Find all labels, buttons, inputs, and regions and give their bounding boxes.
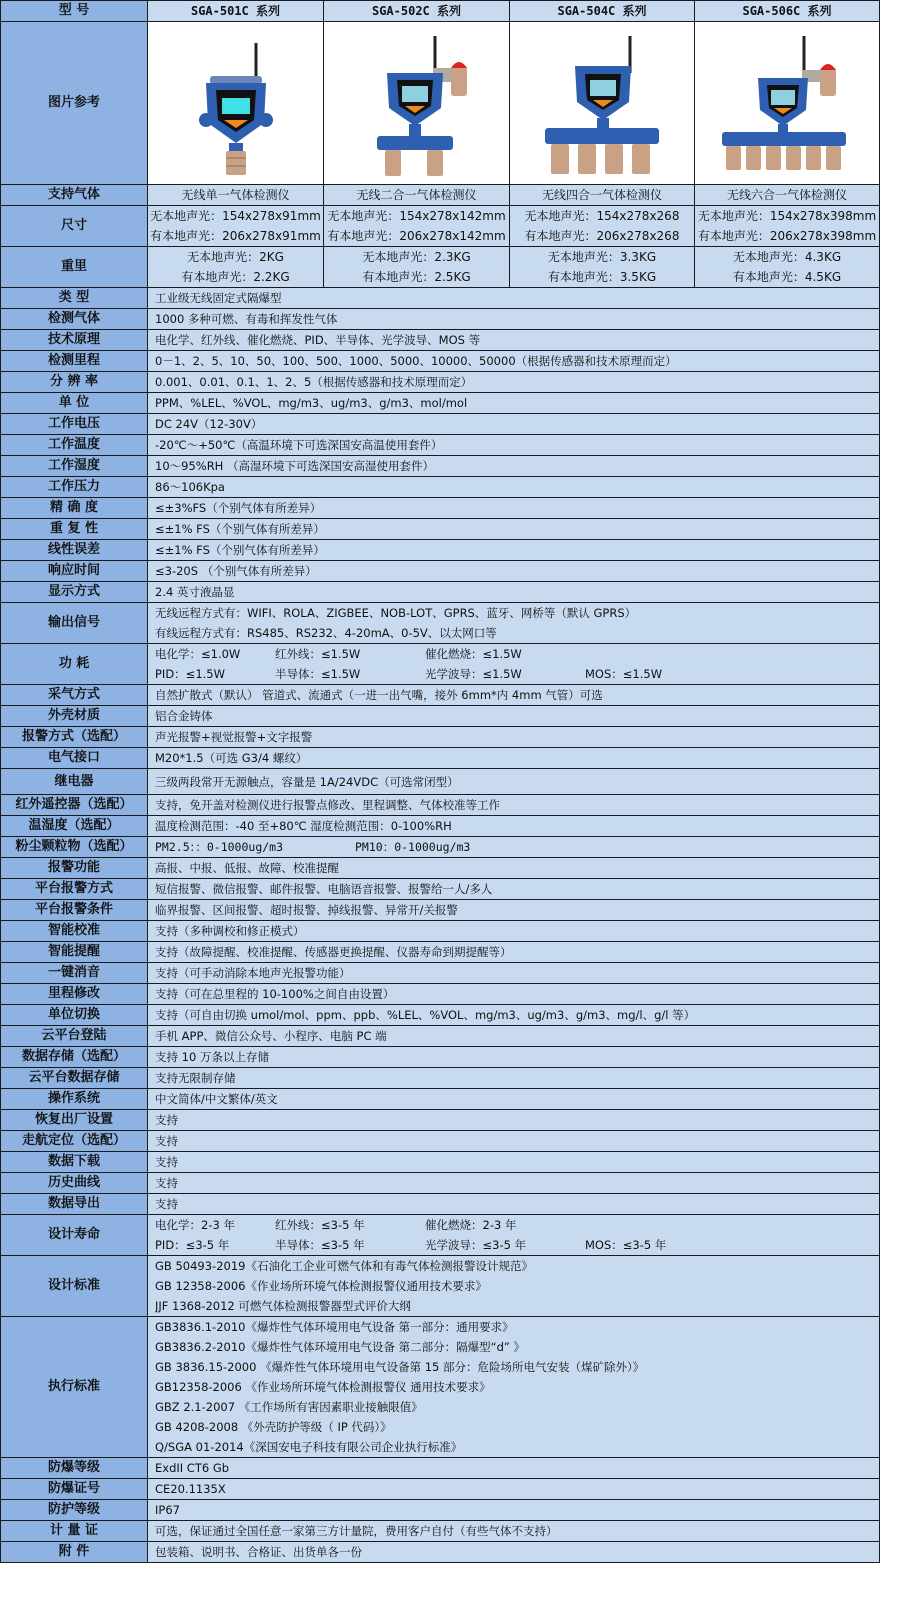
- spec-value: 手机 APP、微信公众号、小程序、电脑 PC 端: [148, 1026, 880, 1047]
- spec-label: 重 复 性: [1, 519, 148, 540]
- size-label: 尺寸: [1, 206, 148, 247]
- spec-table: 型 号 SGA-501C 系列 SGA-502C 系列 SGA-504C 系列 …: [0, 0, 880, 1563]
- spec-value: 三级两段常开无源触点，容量是 1A/24VDC（可选常闭型）: [148, 769, 880, 795]
- spec-row: 响应时间≤3-20S （个别气体有所差异）: [1, 561, 880, 582]
- model-502c: SGA-502C 系列: [324, 1, 510, 22]
- spec-label: 技术原理: [1, 330, 148, 351]
- dust-value: PM2.5：：0-1000ug/m3PM10：0-1000ug/m3: [148, 837, 880, 858]
- spec-label: 分 辨 率: [1, 372, 148, 393]
- spec-label: 单 位: [1, 393, 148, 414]
- spec-label: 电气接口: [1, 748, 148, 769]
- spec-row: 防爆等级ExdII CT6 Gb: [1, 1458, 880, 1479]
- spec-label: 采气方式: [1, 685, 148, 706]
- spec-value: 声光报警+视觉报警+文字报警: [148, 727, 880, 748]
- spec-value: 支持，免开盖对检测仪进行报警点修改、里程调整、气体校准等工作: [148, 795, 880, 816]
- spec-label: 温湿度（选配）: [1, 816, 148, 837]
- spec-label: 数据导出: [1, 1194, 148, 1215]
- design-life-value: 电化学：2-3 年红外线：≤3-5 年催化燃烧：2-3 年PID：≤3-5 年半…: [148, 1215, 880, 1256]
- weight-value: 无本地声光：2.3KG有本地声光：2.5KG: [324, 247, 510, 288]
- spec-label: 计 量 证: [1, 1521, 148, 1542]
- spec-value: 中文简体/中文繁体/英文: [148, 1089, 880, 1110]
- spec-row: 显示方式2.4 英寸液晶显: [1, 582, 880, 603]
- size-row: 尺寸 无本地声光：154x278x91mm有本地声光：206x278x91mm …: [1, 206, 880, 247]
- weight-label: 重里: [1, 247, 148, 288]
- spec-row: 恢复出厂设置支持: [1, 1110, 880, 1131]
- spec-label: 报警方式（选配）: [1, 727, 148, 748]
- spec-row: 继电器三级两段常开无源触点，容量是 1A/24VDC（可选常闭型）: [1, 769, 880, 795]
- output-signal-row: 输出信号无线远程方式有：WIFI、ROLA、ZIGBEE、NOB-LOT、GPR…: [1, 603, 880, 644]
- spec-row: 温湿度（选配）温度检测范围：-40 至+80℃ 湿度检测范围：0-100%RH: [1, 816, 880, 837]
- spec-row: 计 量 证可选，保证通过全国任意一家第三方计量院，费用客户自付（有些气体不支持）: [1, 1521, 880, 1542]
- design-life-label: 设计寿命: [1, 1215, 148, 1256]
- spec-value: 86～106Kpa: [148, 477, 880, 498]
- spec-label: 防爆证号: [1, 1479, 148, 1500]
- spec-value: CE20.1135X: [148, 1479, 880, 1500]
- spec-label: 单位切换: [1, 1005, 148, 1026]
- spec-row: 外壳材质铝合金铸体: [1, 706, 880, 727]
- spec-value: 支持: [148, 1131, 880, 1152]
- spec-row: 类 型工业级无线固定式隔爆型: [1, 288, 880, 309]
- gas-row: 支持气体 无线单一气体检测仪 无线二合一气体检测仪 无线四合一气体检测仪 无线六…: [1, 185, 880, 206]
- spec-value: 温度检测范围：-40 至+80℃ 湿度检测范围：0-100%RH: [148, 816, 880, 837]
- spec-label: 显示方式: [1, 582, 148, 603]
- spec-label: 操作系统: [1, 1089, 148, 1110]
- spec-value: 支持（可在总里程的 10-100%之间自由设置）: [148, 984, 880, 1005]
- dust-label: 粉尘颗粒物（选配）: [1, 837, 148, 858]
- spec-row: 采气方式自然扩散式（默认） 管道式、流通式（一进一出气嘴，接外 6mm*内 4m…: [1, 685, 880, 706]
- weight-row: 重里 无本地声光：2KG有本地声光：2.2KG 无本地声光：2.3KG有本地声光…: [1, 247, 880, 288]
- spec-row: 数据导出支持: [1, 1194, 880, 1215]
- power-value: 电化学：≤1.0W红外线：≤1.5W催化燃烧：≤1.5WPID：≤1.5W半导体…: [148, 644, 880, 685]
- spec-value: 1000 多种可燃、有毒和挥发性气体: [148, 309, 880, 330]
- output-signal-label: 输出信号: [1, 603, 148, 644]
- spec-row: 重 复 性≤±1% FS（个别气体有所差异）: [1, 519, 880, 540]
- spec-row: 检测气体1000 多种可燃、有毒和挥发性气体: [1, 309, 880, 330]
- spec-row: 云平台数据存储支持无限制存储: [1, 1068, 880, 1089]
- spec-label: 历史曲线: [1, 1173, 148, 1194]
- power-row: 功 耗电化学：≤1.0W红外线：≤1.5W催化燃烧：≤1.5WPID：≤1.5W…: [1, 644, 880, 685]
- spec-value: 支持（可自由切换 umol/mol、ppm、ppb、%LEL、%VOL、mg/m…: [148, 1005, 880, 1026]
- spec-value: PPM、%LEL、%VOL、mg/m3、ug/m3、g/m3、mol/mol: [148, 393, 880, 414]
- spec-value: 可选，保证通过全国任意一家第三方计量院，费用客户自付（有些气体不支持）: [148, 1521, 880, 1542]
- gas-value: 无线单一气体检测仪: [148, 185, 324, 206]
- model-501c: SGA-501C 系列: [148, 1, 324, 22]
- spec-value: ExdII CT6 Gb: [148, 1458, 880, 1479]
- spec-label: 附 件: [1, 1542, 148, 1563]
- spec-row: 单位切换支持（可自由切换 umol/mol、ppm、ppb、%LEL、%VOL、…: [1, 1005, 880, 1026]
- spec-label: 工作电压: [1, 414, 148, 435]
- weight-value: 无本地声光：2KG有本地声光：2.2KG: [148, 247, 324, 288]
- weight-value: 无本地声光：4.3KG有本地声光：4.5KG: [695, 247, 880, 288]
- spec-label: 云平台登陆: [1, 1026, 148, 1047]
- spec-label: 平台报警条件: [1, 900, 148, 921]
- spec-row: 分 辨 率0.001、0.01、0.1、1、2、5（根据传感器和技术原理而定）: [1, 372, 880, 393]
- spec-value: 2.4 英寸液晶显: [148, 582, 880, 603]
- exec-standard-value: GB3836.1-2010《爆炸性气体环境用电气设备 第一部分：通用要求》GB3…: [148, 1317, 880, 1458]
- spec-value: 电化学、红外线、催化燃烧、PID、半导体、光学波导、MOS 等: [148, 330, 880, 351]
- spec-value: 支持: [148, 1152, 880, 1173]
- spec-value: DC 24V（12-30V）: [148, 414, 880, 435]
- spec-row: 工作湿度10～95%RH （高湿环境下可选深国安高湿使用套件）: [1, 456, 880, 477]
- spec-row: 工作温度-20℃～+50℃（高温环境下可选深国安高温使用套件）: [1, 435, 880, 456]
- spec-row: 智能校准支持（多种调校和修正模式）: [1, 921, 880, 942]
- spec-value: 支持 10 万条以上存储: [148, 1047, 880, 1068]
- spec-value: 高报、中报、低报、故障、校准提醒: [148, 858, 880, 879]
- spec-label: 类 型: [1, 288, 148, 309]
- spec-value: 支持: [148, 1194, 880, 1215]
- spec-label: 报警功能: [1, 858, 148, 879]
- spec-label: 精 确 度: [1, 498, 148, 519]
- spec-row: 数据存储（选配）支持 10 万条以上存储: [1, 1047, 880, 1068]
- spec-label: 红外遥控器（选配）: [1, 795, 148, 816]
- spec-value: M20*1.5（可选 G3/4 螺纹）: [148, 748, 880, 769]
- spec-row: 工作压力86～106Kpa: [1, 477, 880, 498]
- spec-value: 支持（故障提醒、校准提醒、传感器更换提醒、仪器寿命到期提醒等）: [148, 942, 880, 963]
- spec-row: 技术原理电化学、红外线、催化燃烧、PID、半导体、光学波导、MOS 等: [1, 330, 880, 351]
- spec-label: 工作温度: [1, 435, 148, 456]
- power-label: 功 耗: [1, 644, 148, 685]
- spec-value: -20℃～+50℃（高温环境下可选深国安高温使用套件）: [148, 435, 880, 456]
- spec-label: 云平台数据存储: [1, 1068, 148, 1089]
- single-gas-detector-image: [148, 22, 324, 185]
- output-signal-value: 无线远程方式有：WIFI、ROLA、ZIGBEE、NOB-LOT、GPRS、蓝牙…: [148, 603, 880, 644]
- design-standard-label: 设计标准: [1, 1256, 148, 1317]
- six-in-one-detector-image: [695, 22, 880, 185]
- spec-value: 支持（可手动消除本地声光报警功能）: [148, 963, 880, 984]
- spec-label: 外壳材质: [1, 706, 148, 727]
- spec-label: 继电器: [1, 769, 148, 795]
- spec-row: 检测里程0－1、2、5、10、50、100、500、1000、5000、1000…: [1, 351, 880, 372]
- spec-value: ≤±1% FS（个别气体有所差异）: [148, 519, 880, 540]
- spec-value: ≤±3%FS（个别气体有所差异）: [148, 498, 880, 519]
- spec-label: 里程修改: [1, 984, 148, 1005]
- model-504c: SGA-504C 系列: [510, 1, 695, 22]
- spec-label: 一键消音: [1, 963, 148, 984]
- gas-value: 无线四合一气体检测仪: [510, 185, 695, 206]
- gas-value: 无线六合一气体检测仪: [695, 185, 880, 206]
- spec-row: 平台报警条件临界报警、区间报警、超时报警、掉线报警、异常开/关报警: [1, 900, 880, 921]
- spec-row: 报警方式（选配）声光报警+视觉报警+文字报警: [1, 727, 880, 748]
- spec-row: 里程修改支持（可在总里程的 10-100%之间自由设置）: [1, 984, 880, 1005]
- spec-label: 检测气体: [1, 309, 148, 330]
- spec-label: 防爆等级: [1, 1458, 148, 1479]
- spec-value: 支持（多种调校和修正模式）: [148, 921, 880, 942]
- image-label: 图片参考: [1, 22, 148, 185]
- spec-label: 智能提醒: [1, 942, 148, 963]
- spec-value: 0.001、0.01、0.1、1、2、5（根据传感器和技术原理而定）: [148, 372, 880, 393]
- spec-row: 云平台登陆手机 APP、微信公众号、小程序、电脑 PC 端: [1, 1026, 880, 1047]
- spec-row: 操作系统中文简体/中文繁体/英文: [1, 1089, 880, 1110]
- spec-row: 精 确 度≤±3%FS（个别气体有所差异）: [1, 498, 880, 519]
- spec-row: 历史曲线支持: [1, 1173, 880, 1194]
- spec-row: 平台报警方式短信报警、微信报警、邮件报警、电脑语音报警、报警给一人/多人: [1, 879, 880, 900]
- spec-row: 防爆证号CE20.1135X: [1, 1479, 880, 1500]
- spec-value: IP67: [148, 1500, 880, 1521]
- spec-value: 短信报警、微信报警、邮件报警、电脑语音报警、报警给一人/多人: [148, 879, 880, 900]
- size-value: 无本地声光：154x278x398mm有本地声光：206x278x398mm: [695, 206, 880, 247]
- spec-value: 支持无限制存储: [148, 1068, 880, 1089]
- spec-label: 平台报警方式: [1, 879, 148, 900]
- spec-label: 数据存储（选配）: [1, 1047, 148, 1068]
- spec-label: 恢复出厂设置: [1, 1110, 148, 1131]
- gas-label: 支持气体: [1, 185, 148, 206]
- spec-value: ≤3-20S （个别气体有所差异）: [148, 561, 880, 582]
- spec-row: 走航定位（选配）支持: [1, 1131, 880, 1152]
- spec-label: 工作压力: [1, 477, 148, 498]
- spec-value: 包装箱、说明书、合格证、出货单各一份: [148, 1542, 880, 1563]
- spec-row: 数据下载支持: [1, 1152, 880, 1173]
- spec-value: 临界报警、区间报警、超时报警、掉线报警、异常开/关报警: [148, 900, 880, 921]
- exec-standard-label: 执行标准: [1, 1317, 148, 1458]
- spec-value: 自然扩散式（默认） 管道式、流通式（一进一出气嘴，接外 6mm*内 4mm 气管…: [148, 685, 880, 706]
- spec-row: 智能提醒支持（故障提醒、校准提醒、传感器更换提醒、仪器寿命到期提醒等）: [1, 942, 880, 963]
- spec-label: 线性误差: [1, 540, 148, 561]
- size-value: 无本地声光：154x278x91mm有本地声光：206x278x91mm: [148, 206, 324, 247]
- header-row: 型 号 SGA-501C 系列 SGA-502C 系列 SGA-504C 系列 …: [1, 1, 880, 22]
- spec-label: 智能校准: [1, 921, 148, 942]
- design-standard-row: 设计标准GB 50493-2019《石油化工企业可燃气体和有毒气体检测报警设计规…: [1, 1256, 880, 1317]
- spec-value: 工业级无线固定式隔爆型: [148, 288, 880, 309]
- spec-value: 支持: [148, 1110, 880, 1131]
- spec-row: 线性误差≤±1% FS（个别气体有所差异）: [1, 540, 880, 561]
- exec-standard-row: 执行标准GB3836.1-2010《爆炸性气体环境用电气设备 第一部分：通用要求…: [1, 1317, 880, 1458]
- spec-label: 防护等级: [1, 1500, 148, 1521]
- spec-value: 10～95%RH （高湿环境下可选深国安高湿使用套件）: [148, 456, 880, 477]
- two-in-one-detector-image: [324, 22, 510, 185]
- spec-row: 防护等级IP67: [1, 1500, 880, 1521]
- spec-value: 支持: [148, 1173, 880, 1194]
- size-value: 无本地声光：154x278x268有本地声光：206x278x268: [510, 206, 695, 247]
- spec-value: 0－1、2、5、10、50、100、500、1000、5000、10000、50…: [148, 351, 880, 372]
- spec-row: 一键消音支持（可手动消除本地声光报警功能）: [1, 963, 880, 984]
- weight-value: 无本地声光：3.3KG有本地声光：3.5KG: [510, 247, 695, 288]
- spec-label: 工作湿度: [1, 456, 148, 477]
- model-506c: SGA-506C 系列: [695, 1, 880, 22]
- spec-label: 数据下载: [1, 1152, 148, 1173]
- spec-row: 工作电压DC 24V（12-30V）: [1, 414, 880, 435]
- spec-value: ≤±1% FS（个别气体有所差异）: [148, 540, 880, 561]
- four-in-one-detector-image: [510, 22, 695, 185]
- size-value: 无本地声光：154x278x142mm有本地声光：206x278x142mm: [324, 206, 510, 247]
- spec-row: 报警功能高报、中报、低报、故障、校准提醒: [1, 858, 880, 879]
- spec-row: 红外遥控器（选配）支持，免开盖对检测仪进行报警点修改、里程调整、气体校准等工作: [1, 795, 880, 816]
- design-standard-value: GB 50493-2019《石油化工企业可燃气体和有毒气体检测报警设计规范》GB…: [148, 1256, 880, 1317]
- image-row: 图片参考: [1, 22, 880, 185]
- spec-row: 电气接口M20*1.5（可选 G3/4 螺纹）: [1, 748, 880, 769]
- design-life-row: 设计寿命电化学：2-3 年红外线：≤3-5 年催化燃烧：2-3 年PID：≤3-…: [1, 1215, 880, 1256]
- dust-row: 粉尘颗粒物（选配）PM2.5：：0-1000ug/m3PM10：0-1000ug…: [1, 837, 880, 858]
- spec-value: 铝合金铸体: [148, 706, 880, 727]
- spec-label: 检测里程: [1, 351, 148, 372]
- spec-row: 附 件包装箱、说明书、合格证、出货单各一份: [1, 1542, 880, 1563]
- spec-label: 走航定位（选配）: [1, 1131, 148, 1152]
- spec-row: 单 位PPM、%LEL、%VOL、mg/m3、ug/m3、g/m3、mol/mo…: [1, 393, 880, 414]
- gas-value: 无线二合一气体检测仪: [324, 185, 510, 206]
- spec-label: 响应时间: [1, 561, 148, 582]
- model-label: 型 号: [1, 1, 148, 22]
